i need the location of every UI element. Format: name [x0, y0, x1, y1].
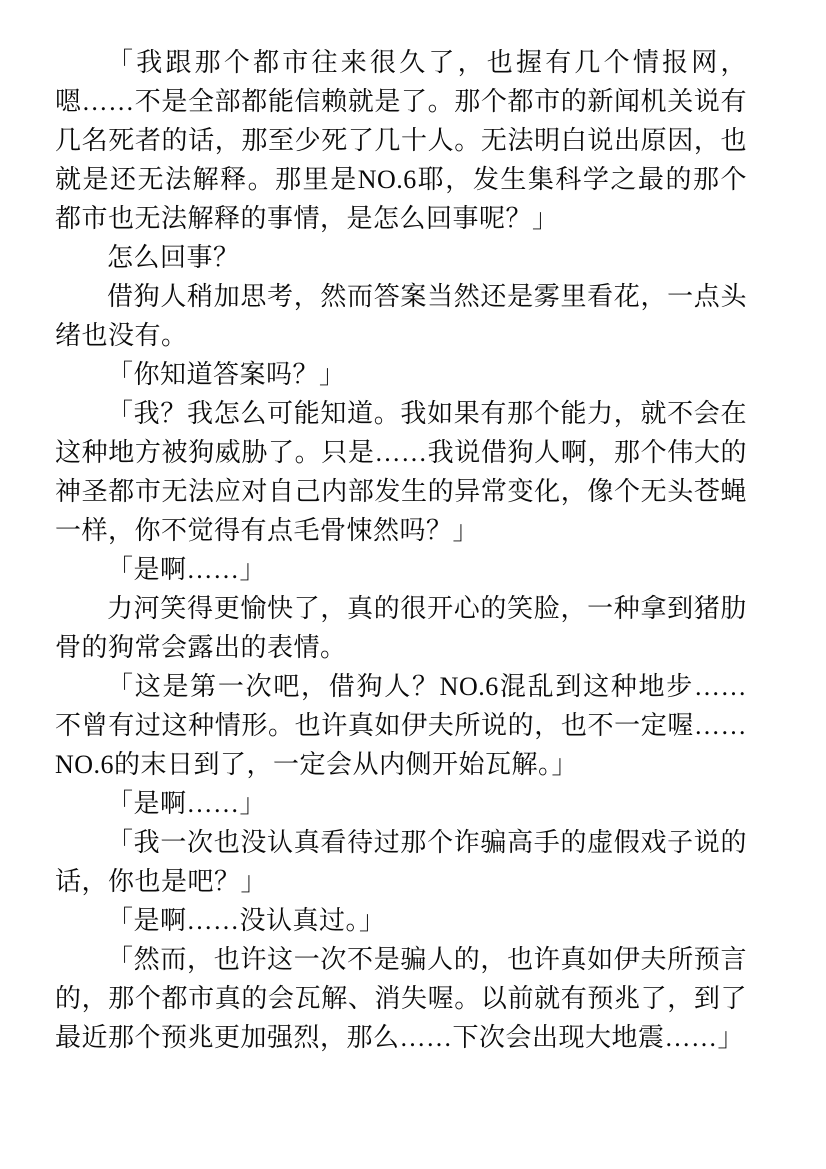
novel-paragraph: 「是啊……」: [55, 550, 747, 589]
novel-paragraph: 「我跟那个都市往来很久了，也握有几个情报网，嗯……不是全部都能信赖就是了。那个都…: [55, 43, 747, 238]
novel-paragraph: 借狗人稍加思考，然而答案当然还是雾里看花，一点头绪也没有。: [55, 277, 747, 355]
novel-paragraph: 「然而，也许这一次不是骗人的，也许真如伊夫所预言的，那个都市真的会瓦解、消失喔。…: [55, 940, 747, 1057]
novel-page: 「我跟那个都市往来很久了，也握有几个情报网，嗯……不是全部都能信赖就是了。那个都…: [0, 0, 826, 1169]
novel-paragraph: 「你知道答案吗？」: [55, 355, 747, 394]
novel-paragraph: 「我？我怎么可能知道。我如果有那个能力，就不会在这种地方被狗威胁了。只是……我说…: [55, 394, 747, 550]
novel-paragraph: 「是啊……」: [55, 784, 747, 823]
novel-paragraph: 怎么回事？: [55, 238, 747, 277]
novel-paragraph: 「是啊……没认真过。」: [55, 901, 747, 940]
novel-paragraph: 「我一次也没认真看待过那个诈骗高手的虚假戏子说的话，你也是吧？」: [55, 823, 747, 901]
novel-paragraph: 「这是第一次吧，借狗人？NO.6混乱到这种地步……不曾有过这种情形。也许真如伊夫…: [55, 667, 747, 784]
novel-paragraph: 力河笑得更愉快了，真的很开心的笑脸，一种拿到猪肋骨的狗常会露出的表情。: [55, 589, 747, 667]
novel-text-block: 「我跟那个都市往来很久了，也握有几个情报网，嗯……不是全部都能信赖就是了。那个都…: [55, 43, 747, 1057]
